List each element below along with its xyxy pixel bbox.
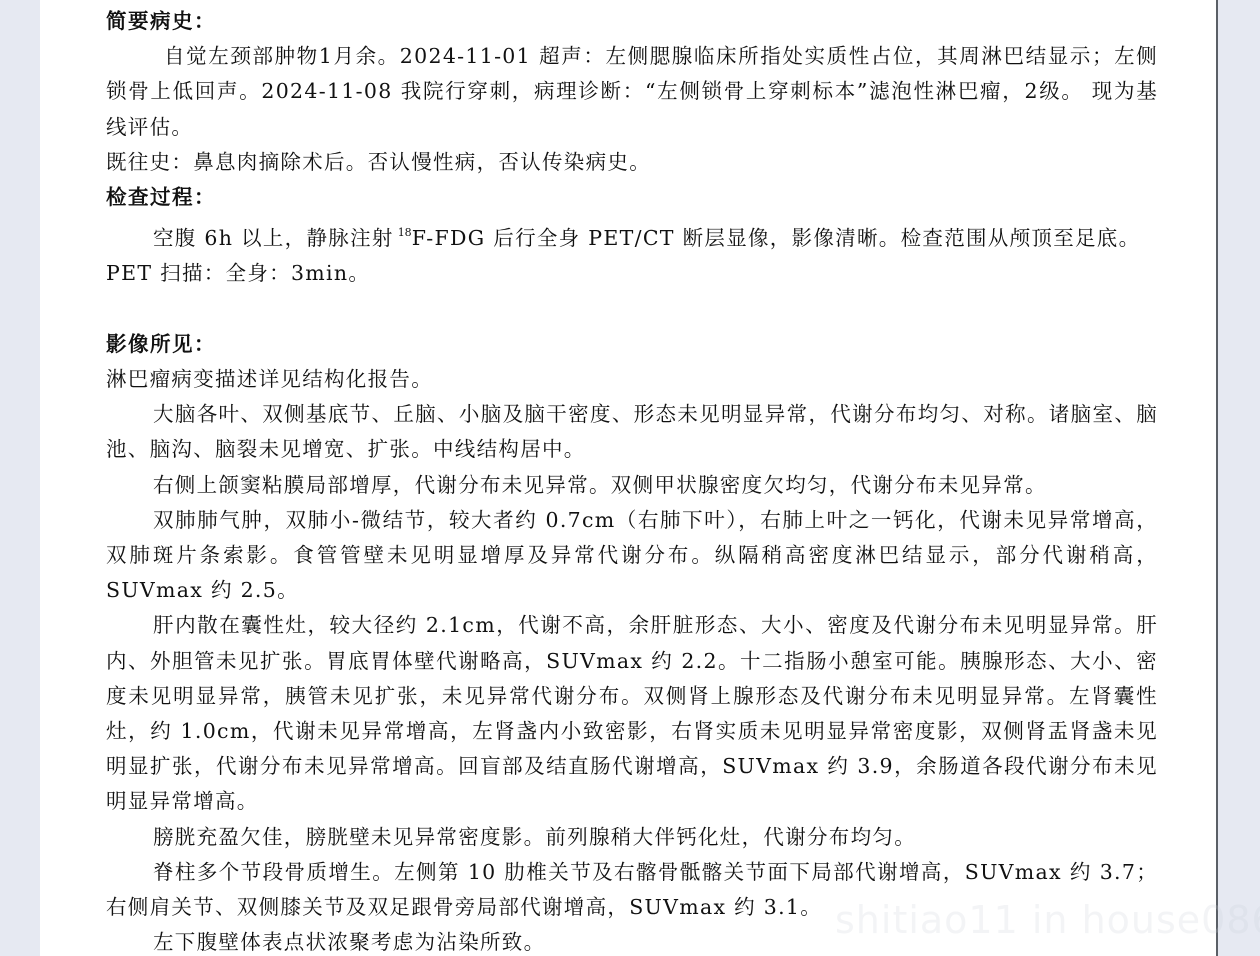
- history-paragraph: 自觉左颈部肿物1月余。2024-11-01 超声：左侧腮腺临床所指处实质性占位，…: [106, 39, 1158, 145]
- isotope-superscript: 18: [398, 226, 412, 239]
- findings-heading: 影像所见：: [106, 327, 1158, 362]
- findings-bone: 脊柱多个节段骨质增生。左侧第 10 肋椎关节及右髂骨骶髂关节面下局部代谢增高，S…: [106, 855, 1158, 925]
- findings-brain: 大脑各叶、双侧基底节、丘脑、小脑及脑干密度、形态未见明显异常，代谢分布均匀、对称…: [106, 397, 1158, 467]
- procedure-heading: 检查过程：: [106, 180, 1158, 215]
- findings-intro: 淋巴瘤病变描述详见结构化报告。: [106, 362, 1158, 397]
- history-heading: 简要病史：: [106, 4, 1158, 39]
- findings-head-neck: 右侧上颌窦粘膜局部增厚，代谢分布未见异常。双侧甲状腺密度欠均匀，代谢分布未见异常…: [106, 468, 1158, 503]
- findings-pelvis: 膀胱充盈欠佳，膀胱壁未见异常密度影。前列腺稍大伴钙化灶，代谢分布均匀。: [106, 820, 1158, 855]
- findings-other: 左下腹壁体表点状浓聚考虑为沾染所致。: [106, 925, 1158, 956]
- spacer: [106, 292, 1158, 327]
- procedure-text-before: 空腹 6h 以上，静脉注射: [153, 226, 394, 250]
- report-content: 简要病史： 自觉左颈部肿物1月余。2024-11-01 超声：左侧腮腺临床所指处…: [106, 4, 1158, 956]
- pet-scan-line: PET 扫描：全身：3min。: [106, 256, 1158, 291]
- findings-chest: 双肺肺气肿，双肺小-微结节，较大者约 0.7cm（右肺下叶），右肺上叶之一钙化，…: [106, 503, 1158, 609]
- findings-abdomen: 肝内散在囊性灶，较大径约 2.1cm，代谢不高，余肝脏形态、大小、密度及代谢分布…: [106, 608, 1158, 819]
- procedure-text-after: F-FDG 后行全身 PET/CT 断层显像，影像清晰。检查范围从颅顶至足底。: [412, 226, 1141, 250]
- document-page: 简要病史： 自觉左颈部肿物1月余。2024-11-01 超声：左侧腮腺临床所指处…: [40, 0, 1218, 956]
- past-history: 既往史：鼻息肉摘除术后。否认慢性病，否认传染病史。: [106, 145, 1158, 180]
- procedure-paragraph: 空腹 6h 以上，静脉注射18F-FDG 后行全身 PET/CT 断层显像，影像…: [106, 215, 1158, 256]
